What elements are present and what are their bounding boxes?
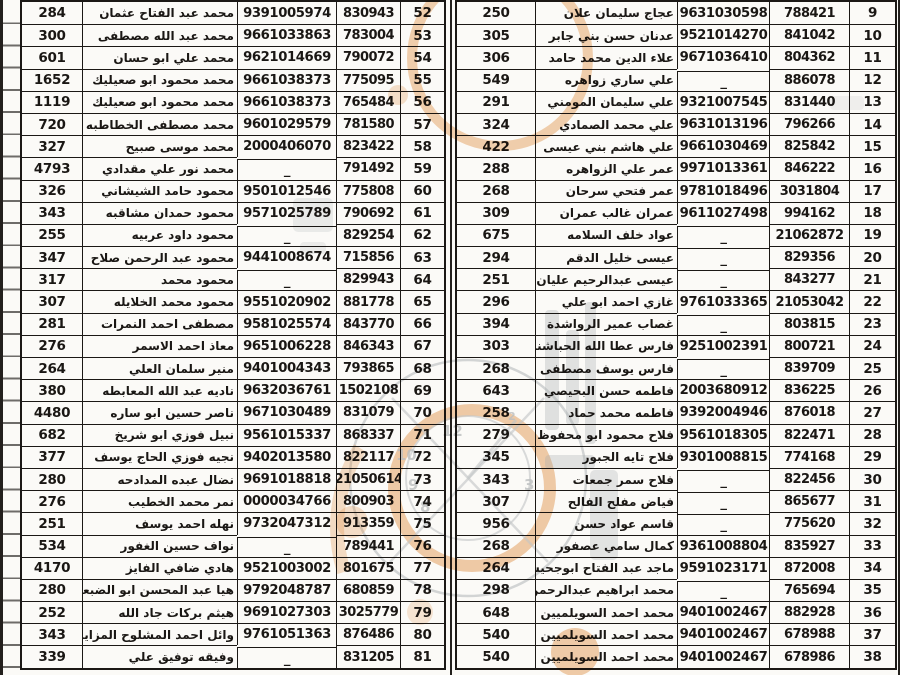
count-cell: 264 — [457, 557, 535, 579]
national-id-cell: 9561018305 — [677, 424, 769, 446]
beneficiary-table-right: 250عجاج سليمان علان96310305987884219305ع… — [455, 0, 897, 670]
row-number-cell: 11 — [849, 46, 895, 68]
national-id-cell: 9611027498 — [677, 202, 769, 224]
national-id-cell: _ — [677, 270, 769, 292]
value-cell: 790072 — [336, 46, 400, 68]
value-cell: 825842 — [769, 135, 849, 157]
count-cell: 288 — [457, 157, 535, 179]
row-number-cell: 54 — [400, 46, 444, 68]
national-id-cell: 9651006228 — [237, 335, 336, 357]
value-cell: 21050614 — [336, 468, 400, 490]
count-cell: 306 — [457, 46, 535, 68]
value-cell: 822117 — [336, 446, 400, 468]
name-cell: غصاب عمير الرواشدة — [535, 313, 677, 335]
name-cell: محمد احمد السويلميين — [535, 601, 677, 623]
row-number-cell: 65 — [400, 290, 444, 312]
name-cell: فياض مفلح الفالح — [535, 490, 677, 512]
name-cell: هادي ضافي الفايز — [82, 557, 237, 579]
name-cell: علاء الدين محمد حامد — [535, 46, 677, 68]
row-number-cell: 16 — [849, 157, 895, 179]
row-number-cell: 37 — [849, 623, 895, 645]
national-id-cell: 9301008815 — [677, 446, 769, 468]
row-number-cell: 53 — [400, 24, 444, 46]
count-cell: 540 — [457, 623, 535, 645]
name-cell: نواف حسين الغفور — [82, 535, 237, 557]
value-cell: 21053042 — [769, 290, 849, 312]
name-cell: نجيه فوزي الحاج يوسف — [82, 446, 237, 468]
count-cell: 377 — [22, 446, 82, 468]
row-number-cell: 28 — [849, 424, 895, 446]
name-cell: علي هاشم بني عيسى — [535, 135, 677, 157]
national-id-cell: _ — [677, 581, 769, 603]
national-id-cell: 9671036410 — [677, 46, 769, 68]
national-id-cell: 9521003002 — [237, 557, 336, 579]
row-number-cell: 30 — [849, 468, 895, 490]
national-id-cell: 9361008804 — [677, 535, 769, 557]
national-id-cell: 9631030598 — [677, 2, 769, 24]
count-cell: 1652 — [22, 69, 82, 91]
table-separator-line — [450, 0, 452, 675]
count-cell: 343 — [22, 202, 82, 224]
count-cell: 258 — [457, 401, 535, 423]
row-number-cell: 76 — [400, 535, 444, 557]
row-number-cell: 55 — [400, 69, 444, 91]
name-cell: كمال سامي عصفور — [535, 535, 677, 557]
name-cell: وفيقه توفيق علي — [82, 645, 237, 667]
value-cell: 829254 — [336, 224, 400, 246]
value-cell: 843770 — [336, 313, 400, 335]
row-number-cell: 75 — [400, 512, 444, 534]
national-id-cell: 9401004343 — [237, 357, 336, 379]
name-cell: فلاح محمود ابو محفوظ — [535, 424, 677, 446]
name-cell: محمد عبد الفتاح عثمان — [82, 2, 237, 24]
row-number-cell: 79 — [400, 601, 444, 623]
national-id-cell: 9321007545 — [677, 91, 769, 113]
row-number-cell: 81 — [400, 645, 444, 667]
row-number-cell: 63 — [400, 246, 444, 268]
row-number-cell: 57 — [400, 113, 444, 135]
national-id-cell: _ — [677, 71, 769, 93]
count-cell: 276 — [22, 490, 82, 512]
national-id-cell: 9391005974 — [237, 2, 336, 24]
name-cell: فلاح تايه الجبور — [535, 446, 677, 468]
name-cell: ماجد عبد الفتاح ابوجحيشه — [535, 557, 677, 579]
count-cell: 4793 — [22, 157, 82, 179]
name-cell: محمود محمد الخلايله — [82, 290, 237, 312]
count-cell: 327 — [22, 135, 82, 157]
count-cell: 343 — [22, 623, 82, 645]
value-cell: 868337 — [336, 424, 400, 446]
name-cell: محمد نور علي مقدادي — [82, 157, 237, 179]
row-number-cell: 32 — [849, 512, 895, 534]
national-id-cell: 9581025574 — [237, 313, 336, 335]
name-cell: مصطفى احمد النمرات — [82, 313, 237, 335]
national-id-cell: 9621014669 — [237, 46, 336, 68]
count-cell: 380 — [22, 379, 82, 401]
value-cell: 801675 — [336, 557, 400, 579]
row-number-cell: 25 — [849, 357, 895, 379]
row-number-cell: 20 — [849, 246, 895, 268]
count-cell: 280 — [22, 468, 82, 490]
count-cell: 268 — [457, 180, 535, 202]
value-cell: 796266 — [769, 113, 849, 135]
national-id-cell: 9601029579 — [237, 113, 336, 135]
name-cell: فلاح سمر جمعات — [535, 468, 677, 490]
national-id-cell: 9691018818 — [237, 468, 336, 490]
count-cell: 281 — [22, 313, 82, 335]
value-cell: 830943 — [336, 2, 400, 24]
name-cell: علي سليمان المومني — [535, 91, 677, 113]
national-id-cell: 9661038373 — [237, 91, 336, 113]
value-cell: 839709 — [769, 357, 849, 379]
name-cell: محمد علي ابو حسان — [82, 46, 237, 68]
value-cell: 3031804 — [769, 180, 849, 202]
count-cell: 347 — [22, 246, 82, 268]
count-cell: 682 — [22, 424, 82, 446]
national-id-cell: 9561015337 — [237, 424, 336, 446]
row-number-cell: 31 — [849, 490, 895, 512]
value-cell: 803815 — [769, 313, 849, 335]
row-number-cell: 61 — [400, 202, 444, 224]
count-cell: 339 — [22, 645, 82, 667]
national-id-cell: 9792048787 — [237, 579, 336, 601]
national-id-cell: 9401002467 — [677, 601, 769, 623]
value-cell: 846343 — [336, 335, 400, 357]
national-id-cell: 9632036761 — [237, 379, 336, 401]
row-number-cell: 23 — [849, 313, 895, 335]
national-id-cell: 9551020902 — [237, 290, 336, 312]
national-id-cell: _ — [677, 470, 769, 492]
name-cell: فاطمه محمد حماد — [535, 401, 677, 423]
row-number-cell: 10 — [849, 24, 895, 46]
row-number-cell: 66 — [400, 313, 444, 335]
name-cell: محمود محمد — [82, 268, 237, 290]
row-number-cell: 33 — [849, 535, 895, 557]
value-cell: 865677 — [769, 490, 849, 512]
value-cell: 791492 — [336, 157, 400, 179]
row-number-cell: 64 — [400, 268, 444, 290]
row-number-cell: 35 — [849, 579, 895, 601]
count-cell: 279 — [457, 424, 535, 446]
national-id-cell: _ — [677, 492, 769, 514]
count-cell: 4170 — [22, 557, 82, 579]
value-cell: 774168 — [769, 446, 849, 468]
value-cell: 775095 — [336, 69, 400, 91]
national-id-cell: _ — [237, 226, 336, 248]
name-cell: محمود حمدان مشاقبه — [82, 202, 237, 224]
row-number-cell: 9 — [849, 2, 895, 24]
value-cell: 886078 — [769, 69, 849, 91]
count-cell: 268 — [457, 357, 535, 379]
national-id-cell: 9521014270 — [677, 24, 769, 46]
name-cell: محمد محمود ابو صعيليك — [82, 91, 237, 113]
value-cell: 804362 — [769, 46, 849, 68]
name-cell: محمود داود عربيه — [82, 224, 237, 246]
row-number-cell: 72 — [400, 446, 444, 468]
national-id-cell: _ — [237, 647, 336, 669]
row-number-cell: 24 — [849, 335, 895, 357]
count-cell: 317 — [22, 268, 82, 290]
count-cell: 534 — [22, 535, 82, 557]
row-number-cell: 74 — [400, 490, 444, 512]
name-cell: فاطمه حسن البحيصي — [535, 379, 677, 401]
row-number-cell: 80 — [400, 623, 444, 645]
row-number-cell: 67 — [400, 335, 444, 357]
row-number-cell: 18 — [849, 202, 895, 224]
name-cell: محمد مصطفى الخطاطبه — [82, 113, 237, 135]
count-cell: 280 — [22, 579, 82, 601]
national-id-cell: 9691027303 — [237, 601, 336, 623]
national-id-cell: _ — [677, 514, 769, 536]
row-number-cell: 73 — [400, 468, 444, 490]
count-cell: 252 — [22, 601, 82, 623]
national-id-cell: 9392004946 — [677, 401, 769, 423]
value-cell: 822456 — [769, 468, 849, 490]
name-cell: عمران غالب عمران — [535, 202, 677, 224]
count-cell: 540 — [457, 645, 535, 667]
name-cell: محمد محمود ابو صعيليك — [82, 69, 237, 91]
value-cell: 789441 — [336, 535, 400, 557]
row-number-cell: 13 — [849, 91, 895, 113]
row-number-cell: 27 — [849, 401, 895, 423]
count-cell: 255 — [22, 224, 82, 246]
value-cell: 881778 — [336, 290, 400, 312]
count-cell: 549 — [457, 69, 535, 91]
name-cell: محمد عبد الله مصطفى — [82, 24, 237, 46]
row-number-cell: 36 — [849, 601, 895, 623]
value-cell: 831079 — [336, 401, 400, 423]
value-cell: 822471 — [769, 424, 849, 446]
national-id-cell: _ — [677, 226, 769, 248]
scanned-document-page: 284محمد عبد الفتاح عثمان9391005974830943… — [0, 0, 900, 675]
count-cell: 345 — [457, 446, 535, 468]
name-cell: محمود حامد الشيشاني — [82, 180, 237, 202]
row-number-cell: 34 — [849, 557, 895, 579]
row-number-cell: 68 — [400, 357, 444, 379]
value-cell: 882928 — [769, 601, 849, 623]
row-number-cell: 60 — [400, 180, 444, 202]
count-cell: 601 — [22, 46, 82, 68]
value-cell: 765694 — [769, 579, 849, 601]
national-id-cell: _ — [237, 270, 336, 292]
national-id-cell: 2000406070 — [237, 135, 336, 157]
name-cell: عيسى خليل الدقم — [535, 246, 677, 268]
national-id-cell: 9401002467 — [677, 645, 769, 667]
count-cell: 251 — [457, 268, 535, 290]
value-cell: 831440 — [769, 91, 849, 113]
national-id-cell: 9661030469 — [677, 135, 769, 157]
count-cell: 1119 — [22, 91, 82, 113]
value-cell: 793865 — [336, 357, 400, 379]
name-cell: فارس عطا الله الحباشنه — [535, 335, 677, 357]
national-id-cell: _ — [677, 359, 769, 381]
national-id-cell: 9631013196 — [677, 113, 769, 135]
row-number-cell: 59 — [400, 157, 444, 179]
value-cell: 835927 — [769, 535, 849, 557]
national-id-cell: _ — [237, 537, 336, 559]
value-cell: 788421 — [769, 2, 849, 24]
value-cell: 1502108 — [336, 379, 400, 401]
value-cell: 831205 — [336, 645, 400, 667]
national-id-cell: 9441008674 — [237, 246, 336, 268]
name-cell: نضال عبده المدادحه — [82, 468, 237, 490]
count-cell: 284 — [22, 2, 82, 24]
count-cell: 4480 — [22, 401, 82, 423]
row-number-cell: 78 — [400, 579, 444, 601]
value-cell: 829943 — [336, 268, 400, 290]
row-number-cell: 70 — [400, 401, 444, 423]
national-id-cell: 9501012546 — [237, 180, 336, 202]
count-cell: 394 — [457, 313, 535, 335]
value-cell: 841042 — [769, 24, 849, 46]
value-cell: 678988 — [769, 623, 849, 645]
count-cell: 305 — [457, 24, 535, 46]
national-id-cell: 9971013361 — [677, 157, 769, 179]
row-number-cell: 58 — [400, 135, 444, 157]
row-number-cell: 12 — [849, 69, 895, 91]
national-id-cell: 9251002391 — [677, 335, 769, 357]
count-cell: 675 — [457, 224, 535, 246]
name-cell: محمد احمد السويلميين — [535, 623, 677, 645]
name-cell: محمد موسى صبيح — [82, 135, 237, 157]
name-cell: عواد خلف السلامه — [535, 224, 677, 246]
value-cell: 876018 — [769, 401, 849, 423]
name-cell: علي ساري زواهره — [535, 69, 677, 91]
count-cell: 643 — [457, 379, 535, 401]
name-cell: محمد احمد السويلميين — [535, 645, 677, 667]
name-cell: منير سلمان العلي — [82, 357, 237, 379]
count-cell: 294 — [457, 246, 535, 268]
value-cell: 680859 — [336, 579, 400, 601]
value-cell: 994162 — [769, 202, 849, 224]
cutoff-table-row-stubs — [3, 2, 20, 668]
name-cell: عمر علي الزواهره — [535, 157, 677, 179]
row-number-cell: 52 — [400, 2, 444, 24]
value-cell: 775808 — [336, 180, 400, 202]
value-cell: 3025779 — [336, 601, 400, 623]
name-cell: معاذ احمد الاسمر — [82, 335, 237, 357]
count-cell: 303 — [457, 335, 535, 357]
national-id-cell: 9732047312 — [237, 512, 336, 534]
national-id-cell: 9661038373 — [237, 69, 336, 91]
value-cell: 876486 — [336, 623, 400, 645]
count-cell: 298 — [457, 579, 535, 601]
count-cell: 268 — [457, 535, 535, 557]
value-cell: 783004 — [336, 24, 400, 46]
name-cell: غازي احمد ابو علي — [535, 290, 677, 312]
row-number-cell: 29 — [849, 446, 895, 468]
count-cell: 307 — [22, 290, 82, 312]
row-number-cell: 62 — [400, 224, 444, 246]
value-cell: 836225 — [769, 379, 849, 401]
value-cell: 790692 — [336, 202, 400, 224]
value-cell: 781580 — [336, 113, 400, 135]
national-id-cell: 2003680912 — [677, 379, 769, 401]
national-id-cell: _ — [677, 315, 769, 337]
national-id-cell: 9402013580 — [237, 446, 336, 468]
national-id-cell: _ — [677, 248, 769, 270]
name-cell: محمد ابراهيم عبدالرحمن — [535, 579, 677, 601]
value-cell: 800903 — [336, 490, 400, 512]
count-cell: 326 — [22, 180, 82, 202]
row-number-cell: 19 — [849, 224, 895, 246]
count-cell: 276 — [22, 335, 82, 357]
name-cell: نهله احمد يوسف — [82, 512, 237, 534]
value-cell: 829356 — [769, 246, 849, 268]
row-number-cell: 38 — [849, 645, 895, 667]
value-cell: 800721 — [769, 335, 849, 357]
name-cell: ناديه عبد الله المعابطه — [82, 379, 237, 401]
count-cell: 956 — [457, 512, 535, 534]
count-cell: 324 — [457, 113, 535, 135]
row-number-cell: 21 — [849, 268, 895, 290]
name-cell: عيسى عبدالرحيم عليان — [535, 268, 677, 290]
count-cell: 648 — [457, 601, 535, 623]
count-cell: 251 — [22, 512, 82, 534]
row-number-cell: 77 — [400, 557, 444, 579]
value-cell: 872008 — [769, 557, 849, 579]
row-number-cell: 69 — [400, 379, 444, 401]
row-number-cell: 15 — [849, 135, 895, 157]
name-cell: نبيل فوزي ابو شريخ — [82, 424, 237, 446]
national-id-cell: 9671030489 — [237, 401, 336, 423]
value-cell: 678986 — [769, 645, 849, 667]
name-cell: قاسم عواد حسن — [535, 512, 677, 534]
row-number-cell: 22 — [849, 290, 895, 312]
name-cell: فارس يوسف مصطفى — [535, 357, 677, 379]
value-cell: 715856 — [336, 246, 400, 268]
count-cell: 720 — [22, 113, 82, 135]
national-id-cell: 9761033365 — [677, 290, 769, 312]
count-cell: 343 — [457, 468, 535, 490]
value-cell: 913359 — [336, 512, 400, 534]
value-cell: 843277 — [769, 268, 849, 290]
name-cell: عدنان حسن بني جابر — [535, 24, 677, 46]
name-cell: هيثم بركات جاد الله — [82, 601, 237, 623]
national-id-cell: _ — [237, 159, 336, 181]
national-id-cell: 9591023171 — [677, 557, 769, 579]
national-id-cell: 9761051363 — [237, 623, 336, 645]
count-cell: 250 — [457, 2, 535, 24]
value-cell: 21062872 — [769, 224, 849, 246]
count-cell: 296 — [457, 290, 535, 312]
count-cell: 309 — [457, 202, 535, 224]
count-cell: 307 — [457, 490, 535, 512]
name-cell: ناصر حسين ابو ساره — [82, 401, 237, 423]
name-cell: عمر فتحي سرحان — [535, 180, 677, 202]
row-number-cell: 14 — [849, 113, 895, 135]
national-id-cell: 9571025789 — [237, 202, 336, 224]
beneficiary-table-left: 284محمد عبد الفتاح عثمان9391005974830943… — [20, 0, 446, 670]
name-cell: هيا عبد المحسن ابو الضبعات — [82, 579, 237, 601]
count-cell: 291 — [457, 91, 535, 113]
national-id-cell: 9781018496 — [677, 180, 769, 202]
national-id-cell: 0000034766 — [237, 490, 336, 512]
count-cell: 422 — [457, 135, 535, 157]
value-cell: 823422 — [336, 135, 400, 157]
national-id-cell: 9401002467 — [677, 623, 769, 645]
name-cell: وائل احمد المشلوح المزايده — [82, 623, 237, 645]
name-cell: نمر محمد الخطيب — [82, 490, 237, 512]
row-number-cell: 56 — [400, 91, 444, 113]
row-number-cell: 17 — [849, 180, 895, 202]
name-cell: محمود عبد الرحمن صلاح — [82, 246, 237, 268]
name-cell: عجاج سليمان علان — [535, 2, 677, 24]
value-cell: 765484 — [336, 91, 400, 113]
count-cell: 264 — [22, 357, 82, 379]
value-cell: 775620 — [769, 512, 849, 534]
count-cell: 300 — [22, 24, 82, 46]
